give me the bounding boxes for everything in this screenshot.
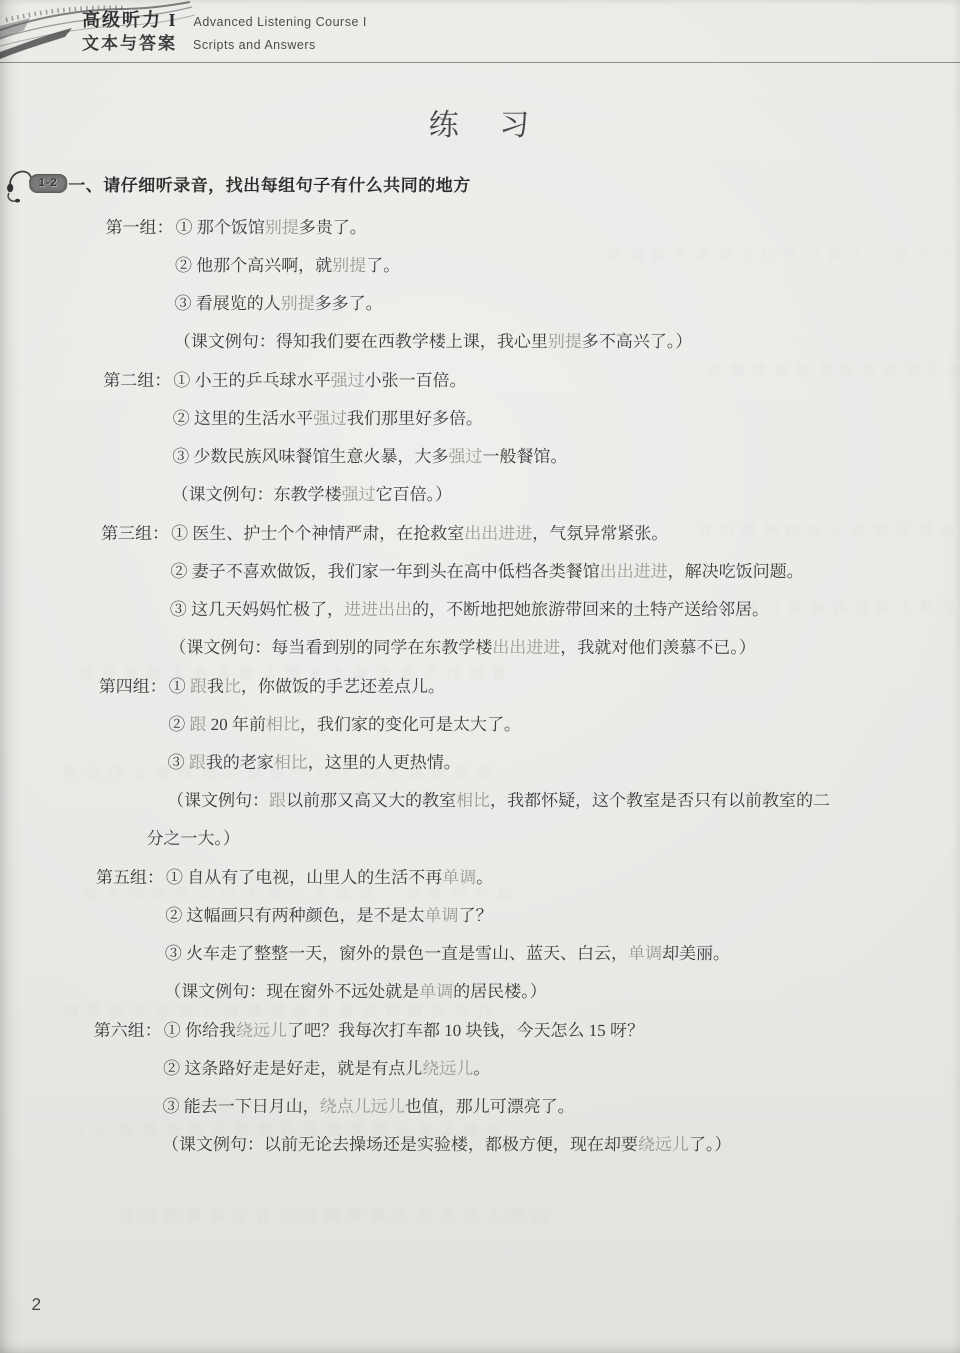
highlighted-word: 单调 bbox=[628, 944, 662, 963]
highlighted-word: 强过 bbox=[313, 409, 347, 428]
text-segment: 了吧？我每次打车都 10 块钱，今天怎么 15 呀？ bbox=[287, 1021, 644, 1040]
highlighted-word: 别提 bbox=[548, 332, 582, 351]
sentence-line: ① 你给我绕远儿了吧？我每次打车都 10 块钱，今天怎么 15 呀？ bbox=[163, 1018, 945, 1043]
sentence-group: 第三组：① 医生、护士个个神情严肃，在抢救室出出进进，气氛异常紧张。② 妻子不喜… bbox=[99, 521, 953, 660]
group-label: 第二组： bbox=[101, 368, 173, 507]
highlighted-word: 相比 bbox=[456, 791, 490, 810]
instruction-row: 1-2 一、请仔细听录音，找出每组句子有什么共同的地方 bbox=[0, 171, 958, 197]
text-segment: ① 你给我 bbox=[164, 1021, 237, 1040]
sentence-line: ③ 火车走了整整一天，窗外的景色一直是雪山、蓝天、白云，单调却美丽。 bbox=[165, 941, 947, 966]
sentence-line: ① 跟我比，你做饭的手艺还差点儿。 bbox=[169, 674, 951, 699]
highlighted-word: 比 bbox=[224, 677, 241, 696]
highlighted-word: 跟 bbox=[189, 715, 206, 734]
text-segment: 20 年前 bbox=[206, 715, 266, 734]
sentence-line: ③ 少数民族风味餐馆生意火暴，大多强过一般餐馆。 bbox=[172, 444, 954, 469]
text-segment: （课文例句：每当看到别的同学在东教学楼 bbox=[169, 638, 492, 657]
sentence-line: ① 自从有了电视，山里人的生活不再单调。 bbox=[166, 865, 948, 890]
example-sentence: （课文例句：跟以前那又高又大的教室相比，我都怀疑，这个教室是否只有以前教室的二 bbox=[167, 788, 949, 813]
highlighted-word: 别提 bbox=[265, 218, 299, 237]
text-segment: 的，不断地把她旅游带回来的土特产送给邻居。 bbox=[412, 600, 769, 619]
highlighted-word: 绕点儿远儿 bbox=[320, 1097, 405, 1116]
sentence-line: ③ 这几天妈妈忙极了，进进出出的，不断地把她旅游带回来的土特产送给邻居。 bbox=[170, 597, 952, 622]
sentence-line: ③ 能去一下日月山，绕点儿远儿也值，那儿可漂亮了。 bbox=[162, 1094, 944, 1119]
group-label: 第四组： bbox=[96, 674, 169, 851]
sentence-line: ③ 看展览的人别提多多了。 bbox=[174, 291, 956, 316]
group-label: 第三组： bbox=[99, 521, 171, 660]
text-segment: ，我就对他们羡慕不已。） bbox=[560, 638, 756, 657]
text-segment: 它百倍。） bbox=[375, 485, 452, 504]
text-segment: ，气氛异常紧张。 bbox=[532, 524, 668, 543]
highlighted-word: 单调 bbox=[442, 868, 476, 887]
book-page: 的有在了是一不这个人我们学习生活水平的提高每组句子表达方式不同但是意思相近的地方… bbox=[0, 0, 960, 1353]
highlighted-word: 相比 bbox=[266, 715, 300, 734]
highlighted-word: 强过 bbox=[341, 485, 375, 504]
text-segment: ③ 能去一下日月山， bbox=[162, 1097, 320, 1116]
group-label: 第六组： bbox=[92, 1018, 164, 1157]
text-segment: 我 bbox=[207, 677, 224, 696]
book-title-chinese: 高级听力 I bbox=[82, 10, 178, 30]
sentence-group: 第五组：① 自从有了电视，山里人的生活不再单调。② 这幅画只有两种颜色，是不是太… bbox=[94, 865, 948, 1004]
highlighted-word: 绕远儿 bbox=[422, 1059, 473, 1078]
text-segment: ① 自从有了电视，山里人的生活不再 bbox=[166, 868, 443, 887]
text-segment: ② 他那个高兴啊，就 bbox=[175, 256, 333, 275]
page-header: 高级听力 IAdvanced Listening Course I 文本与答案S… bbox=[0, 0, 960, 63]
text-segment: 。 bbox=[473, 1059, 490, 1078]
text-segment: 分之一大。） bbox=[146, 829, 240, 848]
group-label: 第一组： bbox=[104, 215, 176, 354]
instruction-text: 一、请仔细听录音，找出每组句子有什么共同的地方 bbox=[68, 176, 471, 195]
text-segment: 也值，那儿可漂亮了。 bbox=[405, 1097, 575, 1116]
text-segment: ③ 火车走了整整一天，窗外的景色一直是雪山、蓝天、白云， bbox=[165, 944, 629, 963]
text-segment: （课文例句：以前无论去操场还是实验楼，都极方便，现在却要 bbox=[162, 1135, 638, 1154]
sentence-group: 第六组：① 你给我绕远儿了吧？我每次打车都 10 块钱，今天怎么 15 呀？② … bbox=[92, 1018, 946, 1157]
text-segment: 了。） bbox=[689, 1135, 732, 1154]
book-subtitle-chinese: 文本与答案 bbox=[82, 34, 177, 53]
page-number: 2 bbox=[31, 1295, 41, 1315]
group-label: 第五组： bbox=[94, 865, 166, 1004]
text-segment: ，我们家的变化可是太大了。 bbox=[300, 715, 521, 734]
audio-track-badge: 1-2 bbox=[29, 174, 67, 193]
sentence-group: 第一组：① 那个饭馆别提多贵了。② 他那个高兴啊，就别提了。③ 看展览的人别提多… bbox=[104, 215, 958, 354]
sentence-line: ② 这幅画只有两种颜色，是不是太单调了？ bbox=[165, 903, 947, 928]
text-segment: 以前那又高又大的教室 bbox=[286, 791, 456, 810]
text-segment: ② 这条路好走是好走，就是有点儿 bbox=[163, 1059, 423, 1078]
text-segment: ，你做饭的手艺还差点儿。 bbox=[241, 677, 445, 696]
sentence-line: ② 这里的生活水平强过我们那里好多倍。 bbox=[173, 406, 955, 431]
sentence-line: ② 他那个高兴啊，就别提了。 bbox=[175, 253, 957, 278]
text-segment: ① 那个饭馆 bbox=[175, 218, 265, 237]
sentence-line: ② 跟 20 年前相比，我们家的变化可是太大了。 bbox=[168, 712, 950, 737]
text-segment: ① 医生、护士个个神情严肃，在抢救室 bbox=[171, 524, 465, 543]
example-sentence: （课文例句：东教学楼强过它百倍。） bbox=[171, 482, 953, 507]
highlighted-word: 出出进进 bbox=[600, 562, 668, 581]
sentence-line: ③ 跟我的老家相比，这里的人更热情。 bbox=[167, 750, 949, 775]
text-segment: 我的老家 bbox=[206, 753, 274, 772]
text-segment: 多不高兴了。） bbox=[582, 332, 693, 351]
book-subtitle-english: Scripts and Answers bbox=[193, 38, 316, 52]
highlighted-word: 进进出出 bbox=[344, 600, 412, 619]
highlighted-word: 单调 bbox=[419, 982, 453, 1001]
sentence-line: ① 那个饭馆别提多贵了。 bbox=[175, 215, 957, 240]
sentence-line: ② 这条路好走是好走，就是有点儿绕远儿。 bbox=[163, 1056, 945, 1081]
text-segment: （课文例句：现在窗外不远处就是 bbox=[164, 982, 419, 1001]
text-segment: ② 这里的生活水平 bbox=[173, 409, 314, 428]
book-title-english: Advanced Listening Course I bbox=[194, 15, 367, 29]
text-segment: （课文例句： bbox=[167, 791, 269, 810]
text-segment: 小张一百倍。 bbox=[364, 371, 466, 390]
example-sentence: （课文例句：每当看到别的同学在东教学楼出出进进，我就对他们羡慕不已。） bbox=[169, 635, 951, 660]
highlighted-word: 跟 bbox=[189, 753, 206, 772]
text-segment: 多贵了。 bbox=[299, 218, 367, 237]
text-segment: ① bbox=[169, 677, 191, 696]
highlighted-word: 绕远儿 bbox=[638, 1135, 689, 1154]
text-segment: ，解决吃饭问题。 bbox=[668, 562, 804, 581]
text-segment: ③ 看展览的人 bbox=[174, 294, 281, 313]
text-segment: 了？ bbox=[458, 906, 492, 925]
highlighted-word: 别提 bbox=[332, 256, 366, 275]
text-segment: 多多了。 bbox=[315, 294, 383, 313]
text-segment: ，我都怀疑，这个教室是否只有以前教室的二 bbox=[490, 791, 830, 810]
text-segment: ① 小王的乒乓球水平 bbox=[173, 371, 331, 390]
sentence-line: ② 妻子不喜欢做饭，我们家一年到头在高中低档各类餐馆出出进进，解决吃饭问题。 bbox=[170, 559, 952, 584]
sentence-line: ① 医生、护士个个神情严肃，在抢救室出出进进，气氛异常紧张。 bbox=[171, 521, 953, 546]
text-segment: ② 妻子不喜欢做饭，我们家一年到头在高中低档各类餐馆 bbox=[170, 562, 600, 581]
highlighted-word: 单调 bbox=[424, 906, 458, 925]
text-segment: 的居民楼。） bbox=[453, 982, 547, 1001]
example-sentence: （课文例句：现在窗外不远处就是单调的居民楼。） bbox=[164, 979, 946, 1004]
text-segment: 我们那里好多倍。 bbox=[347, 409, 483, 428]
text-segment: （课文例句：东教学楼 bbox=[171, 485, 341, 504]
text-segment: 却美丽。 bbox=[662, 944, 730, 963]
text-segment: 。 bbox=[476, 868, 493, 887]
text-segment: ③ 这几天妈妈忙极了， bbox=[170, 600, 345, 619]
exercise-groups: 第一组：① 那个饭馆别提多贵了。② 他那个高兴啊，就别提了。③ 看展览的人别提多… bbox=[92, 215, 958, 1157]
text-segment: ② bbox=[168, 715, 190, 734]
text-segment: ③ 少数民族风味餐馆生意火暴，大多 bbox=[172, 447, 449, 466]
highlighted-word: 别提 bbox=[281, 294, 315, 313]
page-title: 练 习 bbox=[0, 63, 960, 144]
highlighted-word: 强过 bbox=[448, 447, 482, 466]
highlighted-word: 绕远儿 bbox=[236, 1021, 287, 1040]
example-sentence: （课文例句：得知我们要在西教学楼上课，我心里别提多不高兴了。） bbox=[174, 329, 956, 354]
page-content: 练 习 1-2 一、请仔细听录音，找出每组句子有什么共同的地方 第一组：① 那个… bbox=[0, 63, 960, 1353]
sentence-group: 第四组：① 跟我比，你做饭的手艺还差点儿。② 跟 20 年前相比，我们家的变化可… bbox=[96, 674, 951, 851]
text-segment: ② 这幅画只有两种颜色，是不是太 bbox=[165, 906, 425, 925]
highlighted-word: 强过 bbox=[330, 371, 364, 390]
highlighted-word: 跟 bbox=[269, 791, 286, 810]
text-segment: ，这里的人更热情。 bbox=[308, 753, 461, 772]
text-segment: 一般餐馆。 bbox=[482, 447, 567, 466]
highlighted-word: 相比 bbox=[274, 753, 308, 772]
highlighted-word: 跟 bbox=[190, 677, 207, 696]
text-segment: 了。 bbox=[366, 256, 400, 275]
highlighted-word: 出出进进 bbox=[464, 524, 532, 543]
text-segment: ③ bbox=[167, 753, 189, 772]
text-segment: （课文例句：得知我们要在西教学楼上课，我心里 bbox=[174, 332, 548, 351]
example-sentence: （课文例句：以前无论去操场还是实验楼，都极方便，现在却要绕远儿了。） bbox=[162, 1132, 944, 1157]
sentence-group: 第二组：① 小王的乒乓球水平强过小张一百倍。② 这里的生活水平强过我们那里好多倍… bbox=[101, 368, 955, 507]
sentence-line: ① 小王的乒乓球水平强过小张一百倍。 bbox=[173, 368, 955, 393]
highlighted-word: 出出进进 bbox=[492, 638, 560, 657]
example-sentence: 分之一大。） bbox=[146, 826, 948, 851]
